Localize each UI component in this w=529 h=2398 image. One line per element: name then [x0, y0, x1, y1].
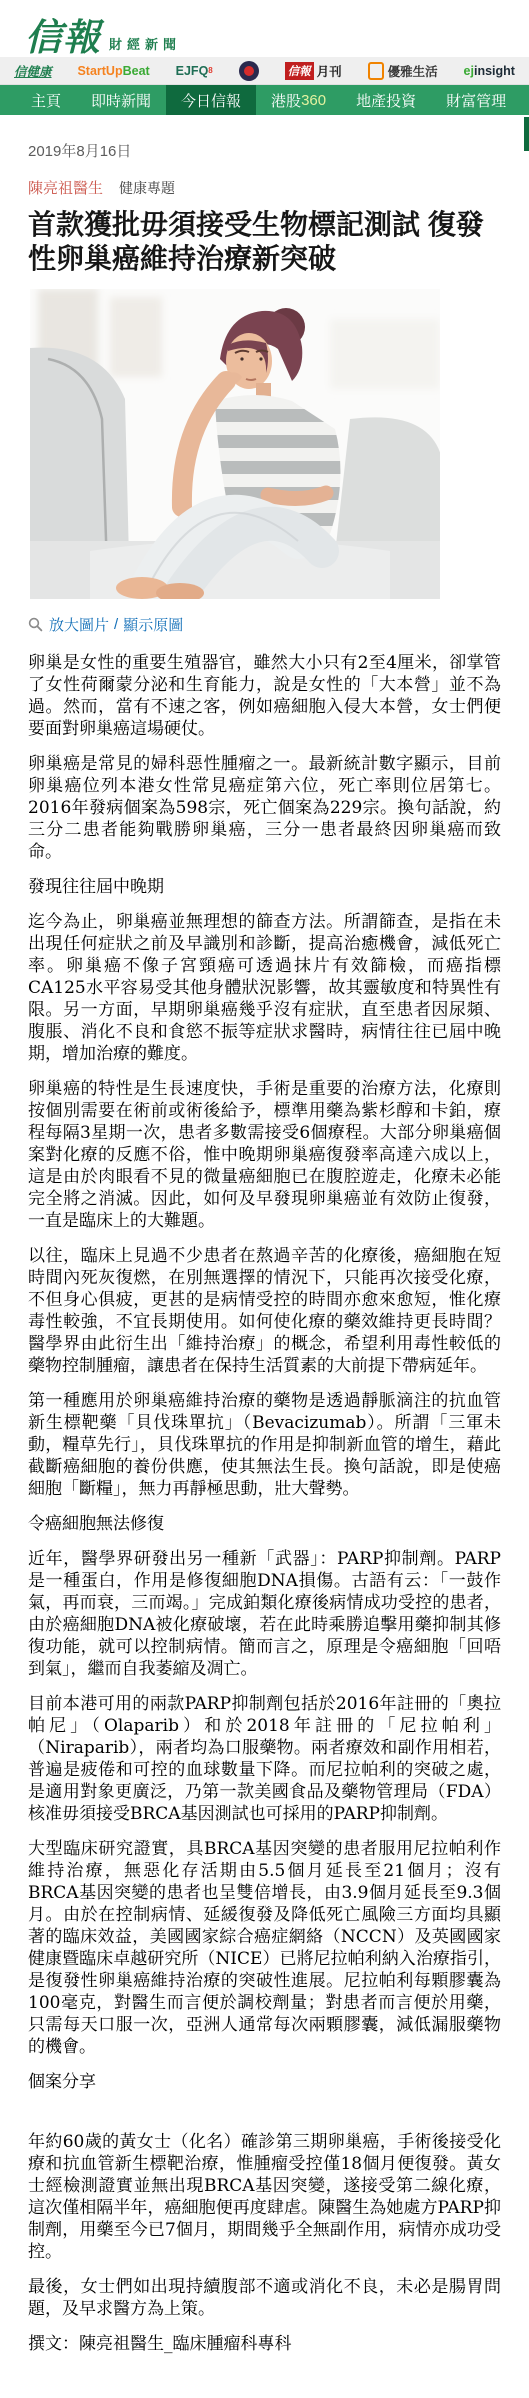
- article-image[interactable]: [30, 289, 440, 599]
- ejfq-sup: 8: [208, 66, 212, 75]
- main-nav-item-6[interactable]: 財富管理: [431, 85, 521, 115]
- orange-square-icon: [368, 62, 384, 80]
- main-nav-item-3[interactable]: 今日信報: [166, 85, 256, 115]
- byline: 陳亮祖醫生健康專題: [28, 177, 501, 198]
- show-original-link[interactable]: 顯示原圖: [123, 614, 183, 635]
- main-nav-item-accent: 360: [301, 92, 326, 109]
- ej-logo-subtitle: 財經新聞: [109, 34, 181, 53]
- startupbeat-link[interactable]: StartUpBeat: [77, 64, 149, 78]
- author-link[interactable]: 陳亮祖醫生: [28, 180, 103, 197]
- article-body: 卵巢是女性的重要生殖器官，雖然大小只有2至4厘米，卻掌管了女性荷爾蒙分泌和生育能…: [28, 652, 501, 2355]
- article-paragraph: 第一種應用於卵巢癌維持治療的藥物是透過靜脈滴注的抗血管新生標靶藥「貝伐珠單抗」（…: [28, 1390, 501, 1500]
- ejfq-label: EJFQ: [176, 64, 209, 78]
- ej-monthly-box: 信報: [285, 62, 314, 80]
- main-nav-item-label: 即時新聞: [91, 90, 151, 111]
- article-paragraph: 迄今為止，卵巢癌並無理想的篩查方法。所謂篩查，是指在未出現任何症狀之前及早識別和…: [28, 911, 501, 1065]
- startupbeat-label-right: Beat: [123, 64, 150, 78]
- article-paragraph: 年約60歲的黃女士（化名）確診第三期卵巢癌，手術後接受化療和抗血管新生標靶治療，…: [28, 2131, 501, 2263]
- main-nav-item-4[interactable]: 港股360: [256, 85, 341, 115]
- main-nav-item-7[interactable]: 信博: [521, 85, 529, 115]
- masthead: 信報 財經新聞: [0, 0, 529, 57]
- main-nav-item-label: 主頁: [31, 90, 61, 111]
- article-image-illustration: [30, 289, 440, 599]
- section-heading: 個案分享: [28, 2071, 501, 2093]
- article: 2019年8月16日 陳亮祖醫生健康專題 首款獲批毋須接受生物標記測試 復發性卵…: [0, 115, 529, 2398]
- ej-logo[interactable]: 信報: [25, 17, 101, 57]
- article-paragraph: 目前本港可用的兩款PARP抑制劑包括於2016年註冊的「奧拉帕尼」（Olapar…: [28, 1693, 501, 1825]
- article-date: 2019年8月16日: [28, 140, 501, 161]
- startupbeat-label-left: StartUp: [77, 64, 122, 78]
- ej-monthly-label: 月刊: [317, 62, 342, 80]
- article-paragraph: 卵巢癌是常見的婦科惡性腫瘤之一。最新統計數字顯示，目前卵巢癌位列本港女性常見癌症…: [28, 753, 501, 863]
- main-nav-item-2[interactable]: 即時新聞: [76, 85, 166, 115]
- category-label: 健康專題: [119, 180, 175, 196]
- ejinsight-label-left: ej: [464, 64, 474, 78]
- image-links-row: 放大圖片 / 顯示原圖: [28, 614, 501, 635]
- enlarge-image-link[interactable]: 放大圖片: [49, 614, 109, 635]
- article-paragraph: 大型臨床研究證實，具BRCA基因突變的患者服用尼拉帕利作維持治療，無惡化存活期由…: [28, 1838, 501, 2058]
- ejfq-link[interactable]: EJFQ8: [176, 64, 213, 78]
- article-title: 首款獲批毋須接受生物標記測試 復發性卵巢癌維持治療新突破: [28, 208, 501, 276]
- article-paragraph: 卵巢是女性的重要生殖器官，雖然大小只有2至4厘米，卻掌管了女性荷爾蒙分泌和生育能…: [28, 652, 501, 740]
- main-nav: 主頁即時新聞今日信報港股360地產投資財富管理信博: [0, 85, 529, 115]
- elegant-living-label: 優雅生活: [388, 62, 438, 80]
- secondary-nav: 信健康 StartUpBeat EJFQ8 信報月刊 優雅生活 ejinsigh…: [0, 57, 529, 85]
- ej-health-link[interactable]: 信健康: [14, 62, 52, 80]
- main-nav-item-label: 財富管理: [446, 90, 506, 111]
- hk360-badge-link[interactable]: [239, 61, 259, 81]
- main-nav-item-1[interactable]: 主頁: [16, 85, 76, 115]
- hk360-circle-badge-icon: [239, 61, 259, 81]
- article-paragraph: 近年，醫學界研發出另一種新「武器」：PARP抑制劑。PARP是一種蛋白，作用是修…: [28, 1548, 501, 1680]
- main-nav-item-label: 今日信報: [181, 90, 241, 111]
- ej-monthly-link[interactable]: 信報月刊: [285, 62, 342, 80]
- section-heading: 發現往往屆中晚期: [28, 876, 501, 898]
- article-paragraph: 撰文：陳亮祖醫生_臨床腫瘤科專科: [28, 2333, 501, 2355]
- elegant-living-link[interactable]: 優雅生活: [368, 62, 438, 80]
- main-nav-item-label: 地產投資: [356, 90, 416, 111]
- main-nav-item-label: 港股: [271, 90, 301, 111]
- page-scrollbar-thumb[interactable]: [524, 117, 529, 151]
- ejinsight-link[interactable]: ejinsight: [464, 64, 515, 78]
- article-paragraph: 最後，女士們如出現持續腹部不適或消化不良，未必是腸胃問題，及早求醫方為上策。: [28, 2276, 501, 2320]
- section-heading: 令癌細胞無法修復: [28, 1513, 501, 1535]
- article-paragraph: 以往，臨床上見過不少患者在熬過辛苦的化療後，癌細胞在短時間內死灰復燃，在別無選擇…: [28, 1245, 501, 1377]
- link-separator: /: [114, 616, 118, 633]
- main-nav-item-5[interactable]: 地產投資: [341, 85, 431, 115]
- magnifier-icon: [28, 617, 43, 632]
- article-paragraph: 卵巢癌的特性是生長速度快，手術是重要的治療方法，化療則按個別需要在術前或術後給予…: [28, 1078, 501, 1232]
- ejinsight-label-right: insight: [474, 64, 515, 78]
